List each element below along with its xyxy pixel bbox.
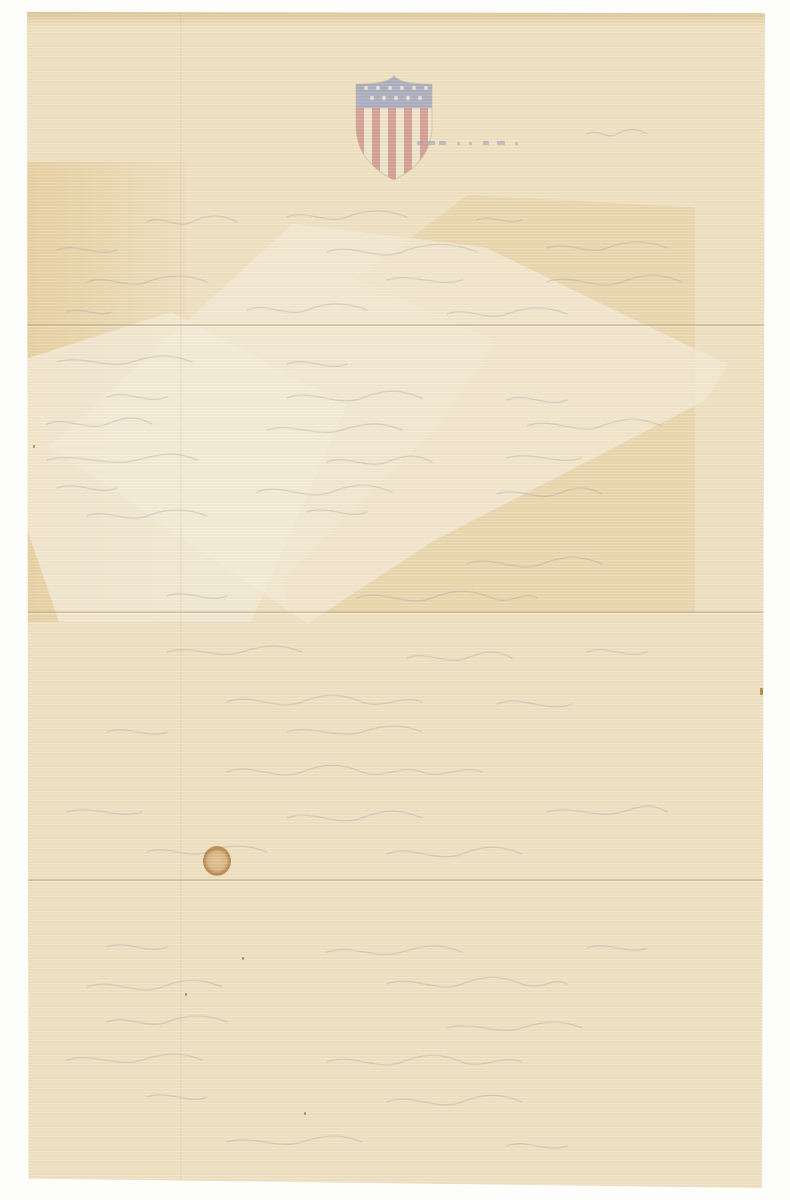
scanned-page xyxy=(0,0,790,1200)
vertical-crease xyxy=(180,12,182,1188)
fold-line-3 xyxy=(27,879,765,882)
letter-sheet xyxy=(27,12,765,1188)
speck xyxy=(760,688,763,695)
foxing-stain xyxy=(203,846,231,876)
fold-line-1 xyxy=(27,324,765,327)
speck xyxy=(242,957,244,960)
show-through-handwriting xyxy=(27,12,765,1188)
speck xyxy=(185,993,187,996)
speck xyxy=(304,1112,306,1115)
fold-line-2 xyxy=(27,611,765,614)
speck xyxy=(33,445,35,448)
